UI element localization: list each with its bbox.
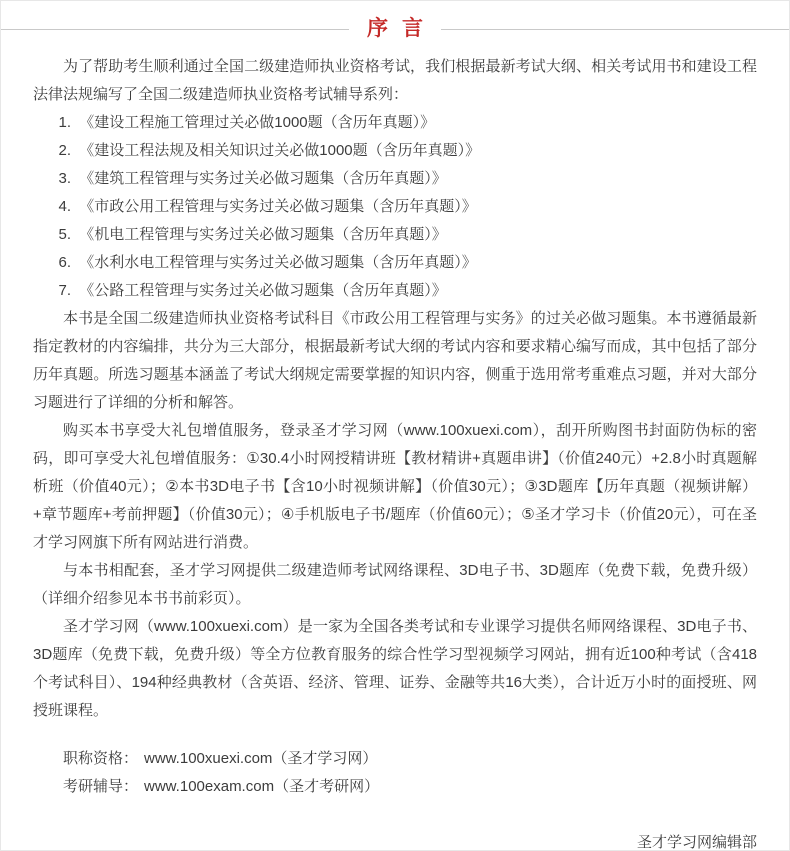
list-item-number: 5. — [59, 226, 72, 243]
list-item-number: 2. — [59, 142, 72, 159]
intro-paragraph: 为了帮助考生顺利通过全国二级建造师执业资格考试，我们根据最新考试大纲、相关考试用… — [33, 53, 757, 109]
list-item: 2.《建设工程法规及相关知识过关必做1000题（含历年真题）》 — [33, 137, 757, 165]
list-item-number: 6. — [59, 254, 72, 271]
gift-package-paragraph: 购买本书享受大礼包增值服务，登录圣才学习网（www.100xuexi.com），… — [33, 417, 757, 557]
companion-resources-paragraph: 与本书相配套，圣才学习网提供二级建造师考试网络课程、3D电子书、3D题库（免费下… — [33, 557, 757, 613]
title-rule-right — [441, 29, 789, 30]
list-item: 1.《建设工程施工管理过关必做1000题（含历年真题）》 — [33, 109, 757, 137]
list-item: 5.《机电工程管理与实务过关必做习题集（含历年真题）》 — [33, 221, 757, 249]
page-title: 序言 — [349, 11, 441, 47]
list-item: 4.《市政公用工程管理与实务过关必做习题集（含历年真题）》 — [33, 193, 757, 221]
contact-line-kaoyan: 考研辅导：www.100exam.com（圣才考研网） — [33, 773, 757, 801]
book-description-paragraph: 本书是全国二级建造师执业资格考试科目《市政公用工程管理与实务》的过关必做习题集。… — [33, 305, 757, 417]
list-item-number: 4. — [59, 198, 72, 215]
contact-links: 职称资格：www.100xuexi.com（圣才学习网） 考研辅导：www.10… — [33, 745, 757, 801]
website-intro-paragraph: 圣才学习网（www.100xuexi.com）是一家为全国各类考试和专业课学习提… — [33, 613, 757, 725]
list-item-title: 《建筑工程管理与实务过关必做习题集（含历年真题）》 — [79, 170, 447, 187]
preface-body: 为了帮助考生顺利通过全国二级建造师执业资格考试，我们根据最新考试大纲、相关考试用… — [33, 53, 757, 851]
list-item-title: 《水利水电工程管理与实务过关必做习题集（含历年真题）》 — [79, 254, 477, 271]
contact-url: www.100exam.com（圣才考研网） — [144, 778, 379, 795]
contact-url: www.100xuexi.com（圣才学习网） — [144, 750, 377, 767]
list-item: 7.《公路工程管理与实务过关必做习题集（含历年真题）》 — [33, 277, 757, 305]
contact-line-zhicheng: 职称资格：www.100xuexi.com（圣才学习网） — [33, 745, 757, 773]
list-item-number: 1. — [59, 114, 72, 131]
list-item: 3.《建筑工程管理与实务过关必做习题集（含历年真题）》 — [33, 165, 757, 193]
editorial-signature: 圣才学习网编辑部 — [33, 829, 757, 851]
list-item-number: 3. — [59, 170, 72, 187]
list-item: 6.《水利水电工程管理与实务过关必做习题集（含历年真题）》 — [33, 249, 757, 277]
preface-page: 序言 为了帮助考生顺利通过全国二级建造师执业资格考试，我们根据最新考试大纲、相关… — [0, 0, 790, 851]
list-item-title: 《市政公用工程管理与实务过关必做习题集（含历年真题）》 — [79, 198, 477, 215]
contact-label: 考研辅导： — [63, 778, 138, 795]
title-rule-left — [1, 29, 349, 30]
preface-header: 序言 — [1, 1, 789, 47]
list-item-title: 《建设工程法规及相关知识过关必做1000题（含历年真题）》 — [79, 142, 480, 159]
list-item-title: 《机电工程管理与实务过关必做习题集（含历年真题）》 — [79, 226, 447, 243]
book-series-list: 1.《建设工程施工管理过关必做1000题（含历年真题）》 2.《建设工程法规及相… — [33, 109, 757, 305]
list-item-number: 7. — [59, 282, 72, 299]
list-item-title: 《建设工程施工管理过关必做1000题（含历年真题）》 — [79, 114, 435, 131]
contact-label: 职称资格： — [63, 750, 138, 767]
list-item-title: 《公路工程管理与实务过关必做习题集（含历年真题）》 — [79, 282, 447, 299]
